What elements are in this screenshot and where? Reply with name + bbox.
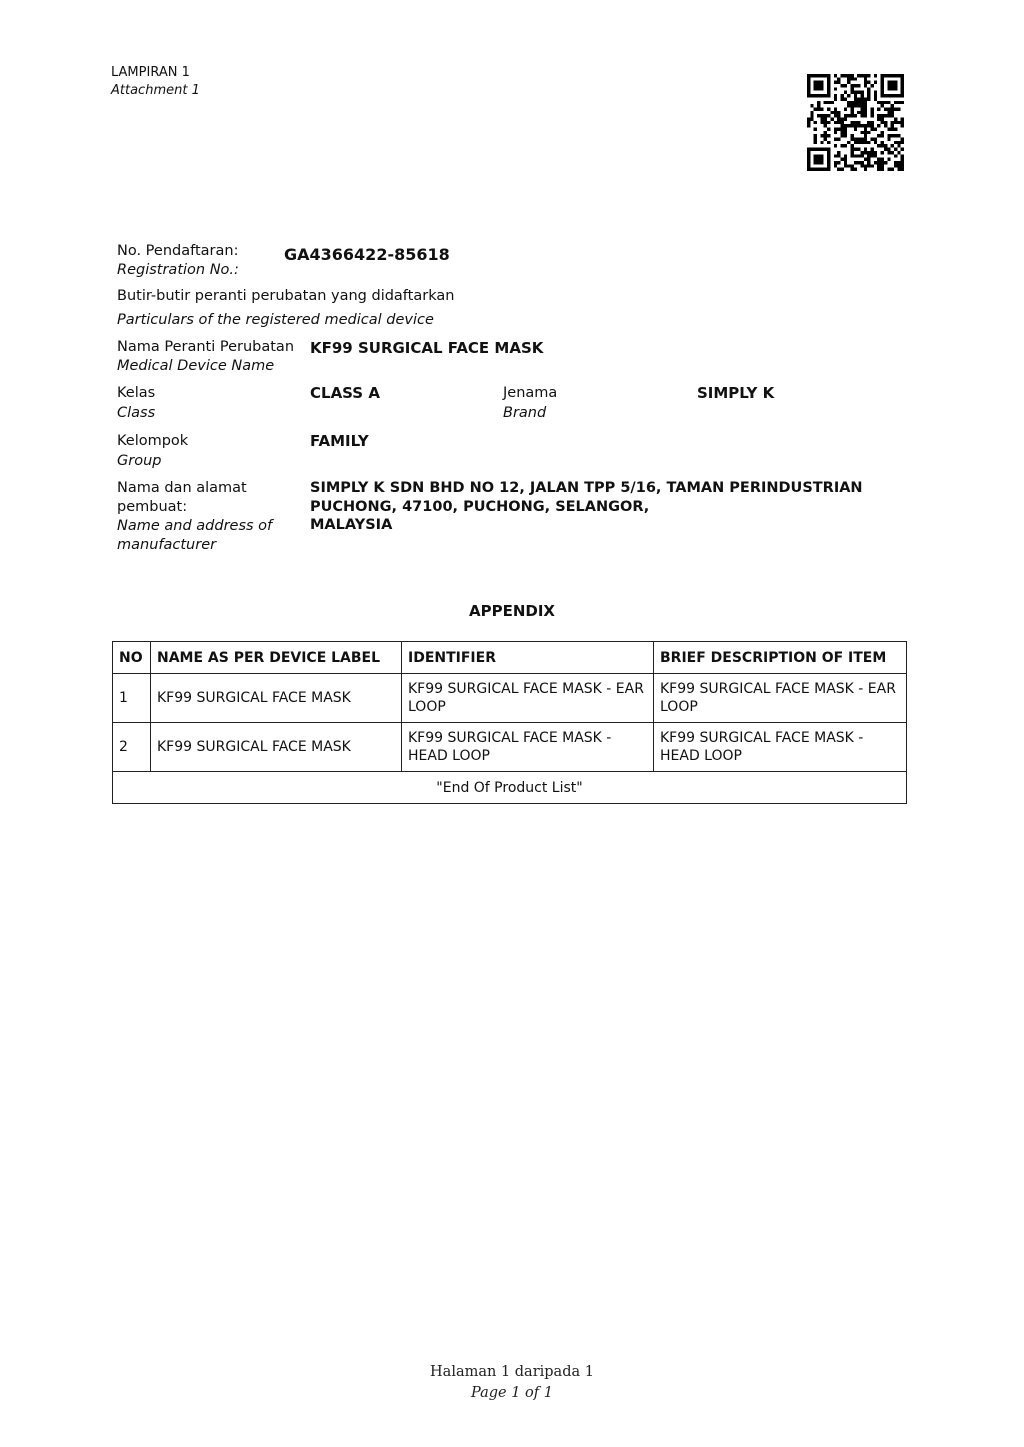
- manufacturer-address-line2: PUCHONG, 47100, PUCHONG, SELANGOR,: [310, 498, 863, 517]
- table-header-row: NO NAME AS PER DEVICE LABEL IDENTIFIER B…: [113, 642, 907, 674]
- class-label: Kelas Class: [117, 384, 155, 423]
- particulars-heading: Butir-butir peranti perubatan yang didaf…: [117, 287, 454, 330]
- qr-code-icon: [807, 74, 904, 171]
- brand-label: Jenama Brand: [503, 384, 557, 423]
- appendix-table: NO NAME AS PER DEVICE LABEL IDENTIFIER B…: [112, 641, 907, 804]
- manufacturer-label: Nama dan alamat pembuat: Name and addres…: [117, 479, 272, 555]
- device-name-label-ms: Nama Peranti Perubatan: [117, 338, 294, 357]
- brand-label-ms: Jenama: [503, 384, 557, 403]
- page-number-en: Page 1 of 1: [0, 1383, 1024, 1404]
- cell-description: KF99 SURGICAL FACE MASK - HEAD LOOP: [654, 723, 907, 772]
- group-label: Kelompok Group: [117, 432, 188, 471]
- cell-name: KF99 SURGICAL FACE MASK: [151, 723, 402, 772]
- class-label-en: Class: [117, 404, 155, 423]
- column-header-name: NAME AS PER DEVICE LABEL: [151, 642, 402, 674]
- manufacturer-label-en-line2: manufacturer: [117, 536, 272, 555]
- group-value: FAMILY: [310, 432, 369, 450]
- registration-label-en: Registration No.:: [117, 261, 239, 280]
- end-of-list-note: "End Of Product List": [113, 772, 907, 804]
- registration-label: No. Pendaftaran: Registration No.:: [117, 242, 239, 280]
- column-header-no: NO: [113, 642, 151, 674]
- appendix-title: APPENDIX: [0, 602, 1024, 620]
- table-row: 2 KF99 SURGICAL FACE MASK KF99 SURGICAL …: [113, 723, 907, 772]
- table-row: 1 KF99 SURGICAL FACE MASK KF99 SURGICAL …: [113, 674, 907, 723]
- class-label-ms: Kelas: [117, 384, 155, 403]
- brand-value: SIMPLY K: [697, 384, 774, 402]
- attachment-label-ms: LAMPIRAN 1: [111, 64, 200, 82]
- attachment-label-en: Attachment 1: [111, 82, 200, 100]
- cell-no: 1: [113, 674, 151, 723]
- class-value: CLASS A: [310, 384, 380, 402]
- column-header-identifier: IDENTIFIER: [402, 642, 654, 674]
- manufacturer-address: SIMPLY K SDN BHD NO 12, JALAN TPP 5/16, …: [310, 479, 863, 535]
- registration-label-ms: No. Pendaftaran:: [117, 242, 239, 261]
- device-name-label: Nama Peranti Perubatan Medical Device Na…: [117, 338, 294, 376]
- page-number-ms: Halaman 1 daripada 1: [0, 1362, 1024, 1383]
- page-footer: Halaman 1 daripada 1 Page 1 of 1: [0, 1362, 1024, 1404]
- group-label-en: Group: [117, 452, 188, 471]
- manufacturer-label-ms-line2: pembuat:: [117, 498, 272, 517]
- table-end-row: "End Of Product List": [113, 772, 907, 804]
- manufacturer-label-en-line1: Name and address of: [117, 517, 272, 536]
- column-header-description: BRIEF DESCRIPTION OF ITEM: [654, 642, 907, 674]
- device-name-value: KF99 SURGICAL FACE MASK: [310, 339, 543, 357]
- manufacturer-label-ms-line1: Nama dan alamat: [117, 479, 272, 498]
- cell-name: KF99 SURGICAL FACE MASK: [151, 674, 402, 723]
- cell-identifier: KF99 SURGICAL FACE MASK - HEAD LOOP: [402, 723, 654, 772]
- group-label-ms: Kelompok: [117, 432, 188, 451]
- cell-identifier: KF99 SURGICAL FACE MASK - EAR LOOP: [402, 674, 654, 723]
- brand-label-en: Brand: [503, 404, 557, 423]
- cell-description: KF99 SURGICAL FACE MASK - EAR LOOP: [654, 674, 907, 723]
- attachment-header: LAMPIRAN 1 Attachment 1: [111, 64, 200, 100]
- manufacturer-address-line1: SIMPLY K SDN BHD NO 12, JALAN TPP 5/16, …: [310, 479, 863, 498]
- particulars-heading-en: Particulars of the registered medical de…: [117, 311, 454, 330]
- particulars-heading-ms: Butir-butir peranti perubatan yang didaf…: [117, 287, 454, 306]
- manufacturer-address-line3: MALAYSIA: [310, 516, 863, 535]
- cell-no: 2: [113, 723, 151, 772]
- registration-number: GA4366422-85618: [284, 245, 450, 264]
- device-name-label-en: Medical Device Name: [117, 357, 294, 376]
